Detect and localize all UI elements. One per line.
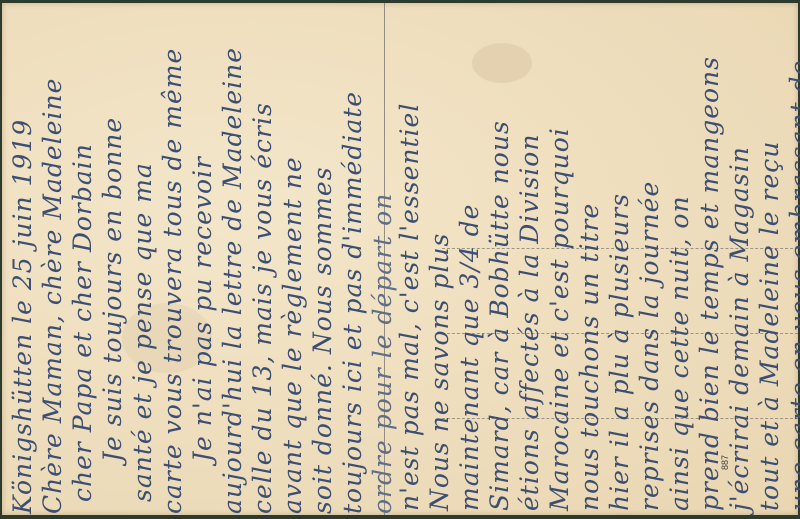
message-line: ordre pour le départ on <box>368 193 397 514</box>
message-line: soit donné. Nous sommes <box>308 166 337 514</box>
handwritten-message: Königshütten le 25 juin 1919 Chère Maman… <box>2 3 798 515</box>
message-line: Königshütten le 25 juin 1919 <box>8 119 37 514</box>
message-line: Je n'ai pas pu recevoir <box>188 156 217 462</box>
printed-card-number: 887 <box>720 455 730 470</box>
message-line: santé et je pense que ma <box>128 162 157 502</box>
message-line: toujours ici et pas d'immédiate <box>338 91 367 514</box>
message-line: cher Papa et cher Dorbain <box>68 143 97 502</box>
postcard-back: Königshütten le 25 juin 1919 Chère Maman… <box>2 3 798 515</box>
message-line: aujourd'hui la lettre de Madeleine <box>218 47 247 514</box>
message-line: carte vous trouvera tous de même <box>158 48 187 514</box>
message-line: avant que le règlement ne <box>278 156 307 514</box>
message-line: Chère Maman, chère Madeleine <box>38 78 67 514</box>
message-line: celle du 13, mais je vous écris <box>248 102 277 514</box>
message-line: Je suis toujours en bonne <box>98 117 127 462</box>
